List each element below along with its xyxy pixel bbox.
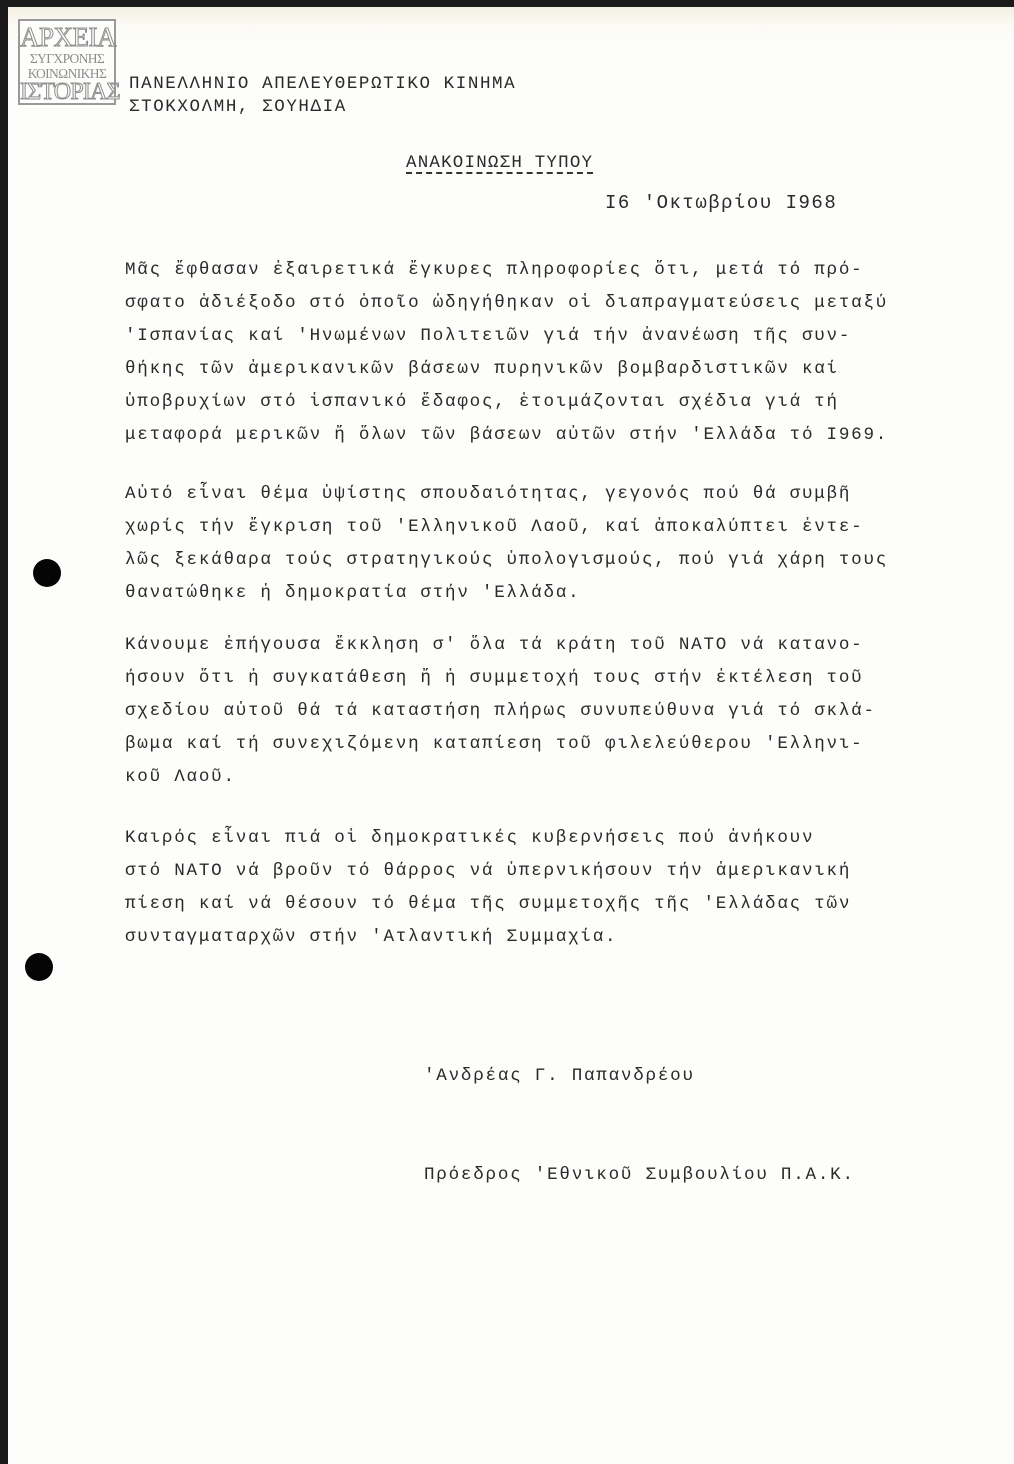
logo-line-1: ΑΡΧΕΙΑ (20, 24, 114, 51)
text-line: ήσουν ὅτι ἡ συγκατάθεση ἤ ἡ συμμετοχή το… (125, 662, 925, 695)
signatory-name: 'Ανδρέας Γ. Παπανδρέου (424, 1060, 855, 1093)
organization-location: ΣΤΟΚΧΟΛΜΗ, ΣΟΥΗΔΙΑ (129, 96, 516, 119)
text-line: συνταγματαρχῶν στήν 'Ατλαντική Συμμαχία. (125, 921, 925, 954)
paragraph-1: Μᾶς ἔφθασαν ἐξαιρετικά ἔγκυρες πληροφορί… (125, 254, 925, 452)
logo-line-3: ΚΟΙΝΩΝΙΚΗΣ (20, 67, 114, 81)
document-title: ΑΝΑΚΟΙΝΩΣΗ ΤΥΠΟΥ (406, 153, 593, 173)
text-line: ὑποβρυχίων στό ἰσπανικό ἔδαφος, ἑτοιμάζο… (125, 386, 925, 419)
text-line: μεταφορά μερικῶν ἤ ὅλων τῶν βάσεων αὐτῶν… (125, 419, 925, 452)
text-line: βωμα καί τή συνεχιζόμενη καταπίεση τοῦ φ… (125, 728, 925, 761)
text-line: πίεση καί νά θέσουν τό θέμα τῆς συμμετοχ… (125, 888, 925, 921)
document-page: ΑΡΧΕΙΑ ΣΥΓΧΡΟΝΗΣ ΚΟΙΝΩΝΙΚΗΣ ΙΣΤΟΡΙΑΣ ΠΑΝ… (8, 7, 1014, 1464)
organization-name: ΠΑΝΕΛΛΗΝΙΟ ΑΠΕΛΕΥΘΕΡΩΤΙΚΟ ΚΙΝΗΜΑ (129, 73, 516, 96)
document-date: Ι6 'Οκτωβρίου Ι968 (605, 192, 837, 214)
text-line: Μᾶς ἔφθασαν ἐξαιρετικά ἔγκυρες πληροφορί… (125, 254, 925, 287)
punch-hole (33, 559, 61, 587)
signatory-role: Πρόεδρος 'Εθνικοῦ Συμβουλίου Π.Α.Κ. (424, 1159, 855, 1192)
paragraph-4: Καιρός εἶναι πιά οἱ δημοκρατικές κυβερνή… (125, 822, 925, 954)
text-line: σχεδίου αὐτοῦ θά τά καταστήση πλήρως συν… (125, 695, 925, 728)
text-line: θανατώθηκε ἡ δημοκρατία στήν 'Ελλάδα. (125, 577, 925, 610)
text-line: κοῦ Λαοῦ. (125, 761, 925, 794)
archive-logo: ΑΡΧΕΙΑ ΣΥΓΧΡΟΝΗΣ ΚΟΙΝΩΝΙΚΗΣ ΙΣΤΟΡΙΑΣ (18, 19, 116, 105)
paragraph-2: Αὐτό εἶναι θέμα ὑψίστης σπουδαιότητας, γ… (125, 478, 925, 610)
text-line: χωρίς τήν ἔγκριση τοῦ 'Ελληνικοῦ Λαοῦ, κ… (125, 511, 925, 544)
letterhead: ΠΑΝΕΛΛΗΝΙΟ ΑΠΕΛΕΥΘΕΡΩΤΙΚΟ ΚΙΝΗΜΑ ΣΤΟΚΧΟΛ… (129, 73, 516, 119)
text-line: λῶς ξεκάθαρα τούς στρατηγικούς ὑπολογισμ… (125, 544, 925, 577)
text-line: Καιρός εἶναι πιά οἱ δημοκρατικές κυβερνή… (125, 822, 925, 855)
punch-hole (25, 953, 53, 981)
text-line: στό ΝΑΤΟ νά βροῦν τό θάρρος νά ὑπερνικήσ… (125, 855, 925, 888)
text-line: Κάνουμε ἐπήγουσα ἔκκληση σ' ὅλα τά κράτη… (125, 629, 925, 662)
text-line: θήκης τῶν ἀμερικανικῶν βάσεων πυρηνικῶν … (125, 353, 925, 386)
logo-line-2: ΣΥΓΧΡΟΝΗΣ (20, 52, 114, 66)
logo-line-4: ΙΣΤΟΡΙΑΣ (20, 80, 114, 104)
text-line: σφατο ἀδιέξοδο στό ὁποῖο ὡδηγήθηκαν οἱ δ… (125, 287, 925, 320)
paragraph-3: Κάνουμε ἐπήγουσα ἔκκληση σ' ὅλα τά κράτη… (125, 629, 925, 794)
text-line: Αὐτό εἶναι θέμα ὑψίστης σπουδαιότητας, γ… (125, 478, 925, 511)
signature-block: 'Ανδρέας Γ. Παπανδρέου Πρόεδρος 'Εθνικοῦ… (424, 994, 855, 1258)
text-line: 'Ισπανίας καί 'Ηνωμένων Πολιτειῶν γιά τή… (125, 320, 925, 353)
